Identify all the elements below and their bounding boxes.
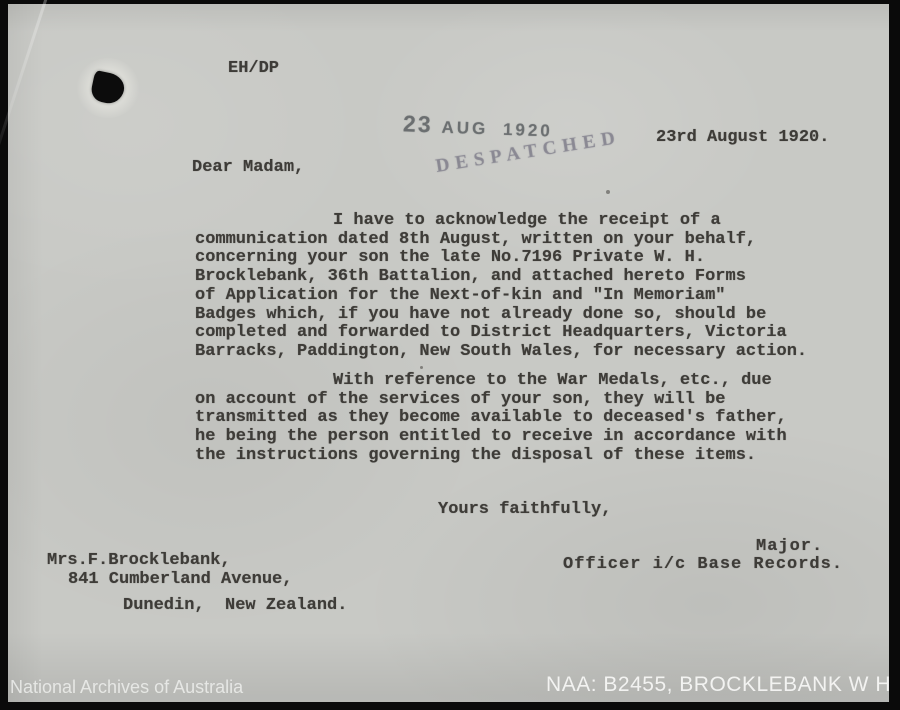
closing-valediction: Yours faithfully, [438, 500, 611, 519]
archive-reference-label: NAA: B2455, BROCKLEBANK W H [546, 673, 891, 697]
signature-rank: Major. [756, 537, 823, 556]
signature-office: Officer i/c Base Records. [563, 555, 843, 574]
salutation: Dear Madam, [192, 158, 304, 177]
paper-crease [0, 0, 49, 157]
recipient-street: 841 Cumberland Avenue, [68, 570, 292, 589]
letter-date: 23rd August 1920. [656, 128, 829, 147]
date-received-stamp: 23AUG 1920 [403, 110, 554, 142]
recipient-city: Dunedin, New Zealand. [123, 596, 347, 615]
ink-speck [606, 190, 610, 194]
body-paragraph-1: I have to acknowledge the receipt of a c… [195, 212, 807, 362]
archive-name-label: National Archives of Australia [10, 677, 243, 698]
reference-code: EH/DP [228, 59, 279, 78]
ink-speck [420, 366, 423, 369]
photo-frame: 23AUG 1920 DESPATCHED EH/DP 23rd August … [0, 0, 900, 710]
body-paragraph-2: With reference to the War Medals, etc., … [195, 372, 787, 466]
recipient-name: Mrs.F.Brocklebank, [47, 551, 231, 570]
stamp-day: 23 [403, 110, 433, 137]
stamp-month-year: AUG 1920 [441, 118, 553, 141]
